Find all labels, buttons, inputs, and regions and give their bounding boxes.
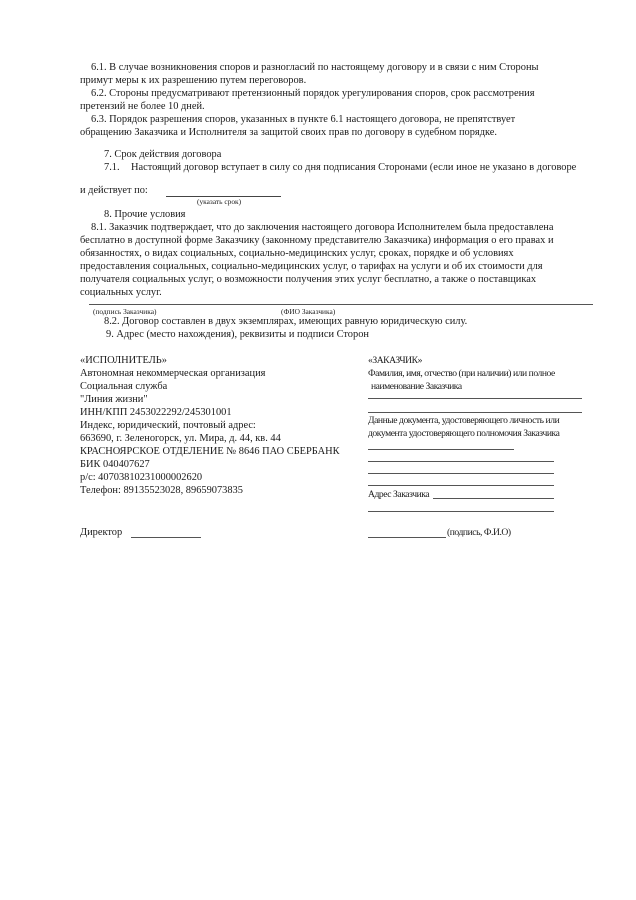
clause-7-1-text: Настоящий договор вступает в силу со дня… <box>131 161 576 175</box>
customer-doc-hint-line2: документа удостоверяющего полномочия Зак… <box>368 427 559 440</box>
customer-name-field-line[interactable] <box>368 398 582 399</box>
clause-8-1-line: обязанностях, о видах социальных, социал… <box>80 247 514 261</box>
clause-6-3-line1: 6.3. Порядок разрешения споров, указанны… <box>91 113 515 127</box>
section-9-heading: 9. Адрес (место нахождения), реквизиты и… <box>106 328 369 342</box>
executor-address-label: Индекс, юридический, почтовый адрес: <box>80 419 256 433</box>
director-signature-line[interactable] <box>131 537 201 538</box>
valid-until-field[interactable] <box>166 184 281 197</box>
customer-title: «ЗАКАЗЧИК» <box>368 354 422 367</box>
customer-signature-line[interactable] <box>89 304 593 305</box>
executor-title: «ИСПОЛНИТЕЛЬ» <box>80 354 167 368</box>
clause-6-1-line2: примут меры к их разрешению путем перего… <box>80 74 306 88</box>
executor-phone: Телефон: 89135523028, 89659073835 <box>80 484 243 498</box>
clause-8-1-line: предоставления социальных, социально-мед… <box>80 260 543 274</box>
executor-bik: БИК 040407627 <box>80 458 150 472</box>
clause-6-1-line1: 6.1. В случае возникновения споров и раз… <box>91 61 539 75</box>
customer-address-field-line[interactable] <box>368 511 554 512</box>
executor-address: 663690, г. Зеленогорск, ул. Мира, д. 44,… <box>80 432 281 446</box>
clause-6-3-line2: обращению Заказчика и Исполнителя за защ… <box>80 126 497 140</box>
executor-org-type: Автономная некоммерческая организация <box>80 367 265 381</box>
clause-8-1-line: социальных услуг. <box>80 286 162 300</box>
customer-name-hint-line2: наименование Заказчика <box>371 380 462 393</box>
customer-name-field-line[interactable] <box>368 412 582 413</box>
section-7-heading: 7. Срок действия договора <box>104 148 221 162</box>
executor-account: р/с: 40703810231000002620 <box>80 471 202 485</box>
executor-org-name: "Линия жизни" <box>80 393 148 407</box>
customer-signature-field-line[interactable] <box>368 537 446 538</box>
customer-doc-field-line[interactable] <box>368 485 554 486</box>
executor-inn-kpp: ИНН/КПП 2453022292/245301001 <box>80 406 232 420</box>
director-label: Директор <box>80 526 122 540</box>
executor-org-kind: Социальная служба <box>80 380 167 394</box>
customer-signature-field-hint: (подпись, Ф.И.О) <box>447 526 511 539</box>
customer-address-label: Адрес Заказчика <box>368 488 429 501</box>
clause-6-2-line1: 6.2. Стороны предусматривают претензионн… <box>91 87 534 101</box>
customer-doc-field-line[interactable] <box>368 449 514 450</box>
customer-doc-field-line[interactable] <box>368 461 554 462</box>
clause-8-2: 8.2. Договор составлен в двух экземпляра… <box>104 315 467 329</box>
customer-doc-field-line[interactable] <box>368 473 554 474</box>
valid-until-hint: (указать срок) <box>197 197 241 206</box>
valid-until-label: и действует по: <box>80 184 148 198</box>
clause-6-2-line2: претензий не более 10 дней. <box>80 100 205 114</box>
customer-address-field-line[interactable] <box>433 498 554 499</box>
customer-doc-hint-line1: Данные документа, удостоверяющего личнос… <box>368 414 559 427</box>
clause-7-1-number: 7.1. <box>104 161 120 175</box>
customer-name-hint-line1: Фамилия, имя, отчество (при наличии) или… <box>368 367 555 380</box>
clause-8-1-line: 8.1. Заказчик подтверждает, что до заклю… <box>91 221 553 235</box>
clause-8-1-line: бесплатно в доступной форме Заказчику (з… <box>80 234 554 248</box>
executor-bank: КРАСНОЯРСКОЕ ОТДЕЛЕНИЕ № 8646 ПАО СБЕРБА… <box>80 445 340 459</box>
clause-8-1-line: получателя социальных услуг, о возможнос… <box>80 273 536 287</box>
section-8-heading: 8. Прочие условия <box>104 208 185 222</box>
